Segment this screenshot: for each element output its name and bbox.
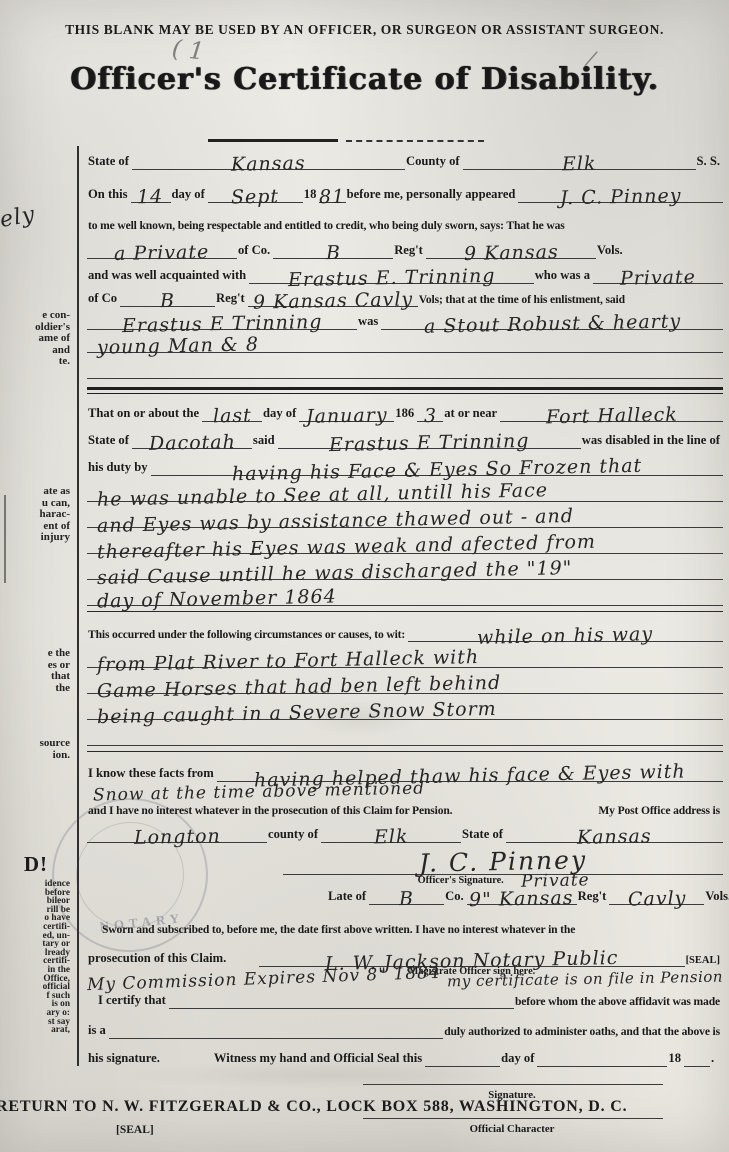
- witness-row: his signature. Witness my hand and Offic…: [87, 1047, 723, 1067]
- commission-row: My Commission Expires Nov 8" 1884 my cer…: [87, 969, 723, 985]
- state-county-row: State of Kansas County of Elk S. S.: [87, 148, 723, 170]
- facts2-row: Snow at the time above mentioned: [87, 782, 723, 798]
- title-divider-dashed: [346, 140, 484, 142]
- narrative-handwriting: he was unable to See at all, untill his …: [97, 484, 548, 505]
- of-co-label: of Co.: [237, 243, 273, 259]
- circumstances-handwriting: from Plat River to Fort Halleck with: [97, 651, 479, 671]
- company2-field: B: [120, 290, 215, 307]
- state-field: Kansas: [132, 153, 405, 170]
- dis-day-handwriting: last: [213, 410, 252, 423]
- official-character-caption: Official Character: [469, 1123, 558, 1136]
- circumstances-row: This occurred under the following circum…: [87, 618, 723, 642]
- regiment2-field: 9 Kansas Cavly: [248, 290, 418, 307]
- facts2-handwriting: Snow at the time above mentioned: [93, 783, 425, 802]
- blank-field: [87, 729, 723, 746]
- appeared-field: J. C. Pinney: [518, 186, 723, 203]
- margin-big-letter: D!: [24, 852, 48, 877]
- certify-label: I certify that: [97, 993, 169, 1009]
- po-field: Longton: [87, 826, 267, 843]
- stout2-row: young Man & 8: [87, 331, 723, 353]
- state2-label: State of: [461, 827, 506, 843]
- appeared-label: before me, personally appeared: [346, 187, 519, 203]
- stout2-handwriting: young Man & 8: [97, 338, 259, 353]
- rank-unit-row: a Private of Co. B Reg't 9 Kansas Vols.: [87, 237, 723, 259]
- rank-handwriting: a Private: [114, 246, 209, 260]
- day-handwriting: 14: [137, 191, 163, 204]
- who-rank-field: Private: [593, 267, 723, 284]
- his-signature-label: his signature.: [87, 1051, 163, 1067]
- who-was-label: who was a: [534, 268, 593, 284]
- officer-signature-handwriting: J. C. Pinney: [419, 854, 587, 870]
- was-label: was: [357, 314, 381, 330]
- left-margin-strip: ely e con-oldier'same ofandte. ate asu c…: [0, 0, 76, 1152]
- dis-state-field: Dacotah: [132, 432, 252, 449]
- dis-name-handwriting: Erastus E Trinning: [329, 435, 530, 451]
- regiment-handwriting: 9 Kansas: [463, 246, 558, 260]
- acquainted-row: and was well acquainted with Erastus E. …: [87, 262, 723, 284]
- seal-bottom-label: [SEAL]: [115, 1124, 157, 1137]
- known-row: to me well known, being respectable and …: [87, 211, 723, 233]
- county2-label: county of: [267, 827, 321, 843]
- certify-row: I certify that before whom the above aff…: [87, 989, 723, 1009]
- return-address-line: RETURN TO N. W. FITZGERALD & CO., LOCK B…: [0, 1098, 729, 1116]
- stout-field: a Stout Robust & hearty: [381, 313, 723, 330]
- company-field: B: [273, 242, 393, 259]
- year-field: 81: [319, 186, 345, 203]
- date-appeared-row: On this 14 day of Sept 18 81 before me, …: [87, 181, 723, 203]
- certificate-handwriting: my certificate is on file in Pension: [447, 971, 723, 988]
- late-regt-label: Reg't: [577, 889, 610, 905]
- authorized-label: duly authorized to administer oaths, and…: [443, 1025, 723, 1039]
- disabled-label: was disabled in the line of: [581, 433, 723, 449]
- at-near-label: at or near: [443, 406, 500, 422]
- stray-ink-mark: ( 1: [171, 34, 206, 65]
- said-label: said: [252, 433, 278, 449]
- officer-signature-rule: J. C. Pinney: [283, 844, 723, 875]
- margin-note-injury: ate asu can,harac-ent ofinjury: [39, 486, 70, 544]
- disability-state-row: State of Dacotah said Erastus E Trinning…: [87, 425, 723, 449]
- late-regt-handwriting: 9" Kansas: [469, 892, 574, 906]
- circumstances-field: Game Horses that had ben left behind: [87, 677, 723, 694]
- dis-month-handwriting: January: [306, 409, 388, 423]
- duty-field: having his Face & Eyes So Frozen that: [151, 459, 723, 476]
- disability-date-row: That on or about the last day of January…: [87, 398, 723, 422]
- circumstances-handwriting: while on his way: [477, 628, 653, 644]
- county2-handwriting: Elk: [374, 831, 409, 844]
- circumstances-label: This occurred under the following circum…: [87, 628, 408, 642]
- who-rank-handwriting: Private: [620, 271, 696, 285]
- dis-month-field: January: [299, 405, 394, 422]
- witness-year-prefix: 18: [667, 1051, 684, 1067]
- circumstances-field: while on his way: [408, 625, 723, 642]
- officer-signature-box: J. C. Pinney Officer's Signature. Privat…: [283, 844, 723, 887]
- late-regt-field: 9" Kansas: [467, 888, 577, 905]
- dis-state-label: State of: [87, 433, 132, 449]
- company-handwriting: B: [326, 247, 341, 259]
- witness-label: Witness my hand and Official Seal this: [213, 1051, 425, 1067]
- vols-label: Vols.: [596, 243, 626, 259]
- circumstances-field: from Plat River to Fort Halleck with: [87, 651, 723, 668]
- late-co-handwriting: B: [399, 893, 414, 905]
- narrative-field: day of November 1864: [87, 589, 723, 606]
- enlist-name-field: Erastus E Trinning: [87, 313, 357, 330]
- is-a-row: is a duly authorized to administer oaths…: [87, 1019, 723, 1039]
- margin-handwriting-fragment: ely: [0, 209, 36, 227]
- margin-note-causes: e thees orthatthe: [48, 648, 70, 694]
- document-title: Officer's Certificate of Disability.: [0, 62, 729, 97]
- margin-note-soldier: e con-oldier'same ofandte.: [35, 310, 70, 368]
- circumstances-handwriting: Game Horses that had ben left behind: [97, 677, 501, 697]
- signature-rule: [363, 1070, 663, 1085]
- late-branch-handwriting: Cavly: [628, 892, 687, 905]
- stout-handwriting: a Stout Robust & hearty: [423, 315, 680, 332]
- county-label: County of: [405, 154, 463, 170]
- dis-day-of-label: day of: [262, 406, 299, 422]
- state-label: State of: [87, 154, 132, 170]
- facts-label: I know these facts from: [87, 766, 217, 782]
- top-notice: THIS BLANK MAY BE USED BY AN OFFICER, OR…: [0, 22, 729, 38]
- late-co-field: B: [369, 888, 444, 905]
- po-row: Longton county of Elk State of Kansas: [87, 821, 723, 843]
- facts-field: having helped thaw his face & Eyes with: [217, 765, 723, 782]
- company2-handwriting: B: [160, 295, 175, 307]
- witness-month-field: [537, 1050, 667, 1067]
- po-label: My Post Office address is: [597, 804, 723, 818]
- margin-note-source: sourceion.: [40, 738, 70, 761]
- place-field: Fort Halleck: [500, 405, 723, 422]
- dis-year-prefix: 186: [394, 406, 417, 422]
- late-vols-label: Vols.: [704, 889, 729, 905]
- sworn-row: Sworn and subscribed to, before me, the …: [87, 917, 723, 937]
- known-text: to me well known, being respectable and …: [87, 219, 568, 233]
- state2-handwriting: Kansas: [577, 830, 652, 844]
- witness-period: .: [710, 1051, 717, 1067]
- dis-day-field: last: [202, 405, 262, 422]
- narrative-field: said Cause untill he was discharged the …: [87, 563, 723, 580]
- narrative-handwriting: day of November 1864: [97, 590, 337, 607]
- section-divider-heavy: [87, 387, 723, 394]
- county-handwriting: Elk: [562, 158, 597, 171]
- that-on-label: That on or about the: [87, 406, 202, 422]
- stout2-field: young Man & 8: [87, 336, 723, 353]
- acquainted-handwriting: Erastus E. Trinning: [288, 270, 496, 286]
- ss-label: S. S.: [696, 154, 723, 170]
- month-field: Sept: [208, 186, 303, 203]
- circumstances-line: from Plat River to Fort Halleck with: [87, 644, 723, 668]
- blank-row: [87, 357, 723, 379]
- acquainted-label: and was well acquainted with: [87, 268, 249, 284]
- state-handwriting: Kansas: [231, 157, 306, 171]
- vols2-label: Vols; that at the time of his enlistment…: [418, 293, 628, 307]
- day-field: 14: [131, 186, 171, 203]
- before-whom-label: before whom the above affidavit was made: [514, 995, 723, 1009]
- officer-rank-handwriting: Private: [521, 874, 590, 887]
- on-this-label: On this: [87, 187, 131, 203]
- regiment-field: 9 Kansas: [426, 242, 596, 259]
- witness-day-field: [425, 1050, 500, 1067]
- dis-name-field: Erastus E Trinning: [278, 432, 581, 449]
- year-prefix: 18: [303, 187, 320, 203]
- acquainted-field: Erastus E. Trinning: [249, 267, 534, 284]
- late-co-label: Co.: [444, 889, 467, 905]
- interest-label: and I have no interest whatever in the p…: [87, 804, 455, 818]
- blank-field: [87, 362, 723, 379]
- narrative-field: and Eyes was by assistance thawed out - …: [87, 511, 723, 528]
- scan-edge-line: [4, 495, 6, 583]
- regt-label: Reg't: [393, 243, 426, 259]
- dis-state-handwriting: Dacotah: [148, 436, 235, 450]
- narrative-field: he was unable to See at all, untill his …: [87, 485, 723, 502]
- late-branch-field: Cavly: [609, 888, 704, 905]
- seal-note: [SEAL]: [685, 955, 723, 967]
- claim-label: prosecution of this Claim.: [87, 951, 229, 967]
- enlist-name-row: Erastus E Trinning was a Stout Robust & …: [87, 308, 723, 330]
- witness-day-of-label: day of: [500, 1051, 537, 1067]
- section-divider: [87, 751, 723, 752]
- magistrate-signature-field: L. W. Jackson Notary Public Magistrate O…: [259, 950, 684, 967]
- month-handwriting: Sept: [231, 190, 279, 203]
- certificate-form: State of Kansas County of Elk S. S. On t…: [80, 146, 725, 1137]
- witness-year-field: [684, 1050, 710, 1067]
- county-field: Elk: [463, 153, 696, 170]
- regiment2-handwriting: 9 Kansas Cavly: [253, 293, 413, 308]
- scanned-certificate-page: THIS BLANK MAY BE USED BY AN OFFICER, OR…: [0, 0, 729, 1152]
- duty-row: his duty by having his Face & Eyes So Fr…: [87, 452, 723, 476]
- po-handwriting: Longton: [133, 830, 220, 844]
- sworn-text: Sworn and subscribed to, before me, the …: [101, 923, 578, 937]
- of-co2-label: of Co: [87, 291, 120, 307]
- title-divider: [208, 139, 338, 142]
- late-label: Late of: [327, 889, 369, 905]
- day-of-label: day of: [171, 187, 208, 203]
- regt2-label: Reg't: [215, 291, 248, 307]
- rank-field: a Private: [87, 242, 237, 259]
- section-divider: [87, 611, 723, 612]
- narrative-field: thereafter his Eyes was weak and afected…: [87, 537, 723, 554]
- duty-handwriting: having his Face & Eyes So Frozen that: [232, 460, 642, 481]
- circumstances-field: being caught in a Severe Snow Storm: [87, 703, 723, 720]
- dis-year-handwriting: 3: [424, 410, 437, 422]
- county2-field: Elk: [321, 826, 461, 843]
- enlist-name-handwriting: Erastus E Trinning: [122, 316, 323, 332]
- place-handwriting: Fort Halleck: [546, 409, 678, 424]
- is-a-field: [109, 1022, 443, 1039]
- state2-field: Kansas: [506, 826, 723, 843]
- commission-handwriting: My Commission Expires Nov 8" 1884: [87, 967, 441, 991]
- officer-signature-block: J. C. Pinney Officer's Signature. Privat…: [87, 845, 723, 887]
- duty-label: his duty by: [87, 460, 151, 476]
- dis-year-field: 3: [417, 405, 443, 422]
- circumstances-handwriting: being caught in a Severe Snow Storm: [97, 703, 497, 723]
- appeared-handwriting: J. C. Pinney: [560, 190, 682, 205]
- year-handwriting: 81: [319, 191, 345, 204]
- officer-signature-caption-row: Officer's Signature. Private: [283, 875, 723, 887]
- certify-field: [169, 992, 514, 1009]
- is-a-label: is a: [87, 1023, 109, 1039]
